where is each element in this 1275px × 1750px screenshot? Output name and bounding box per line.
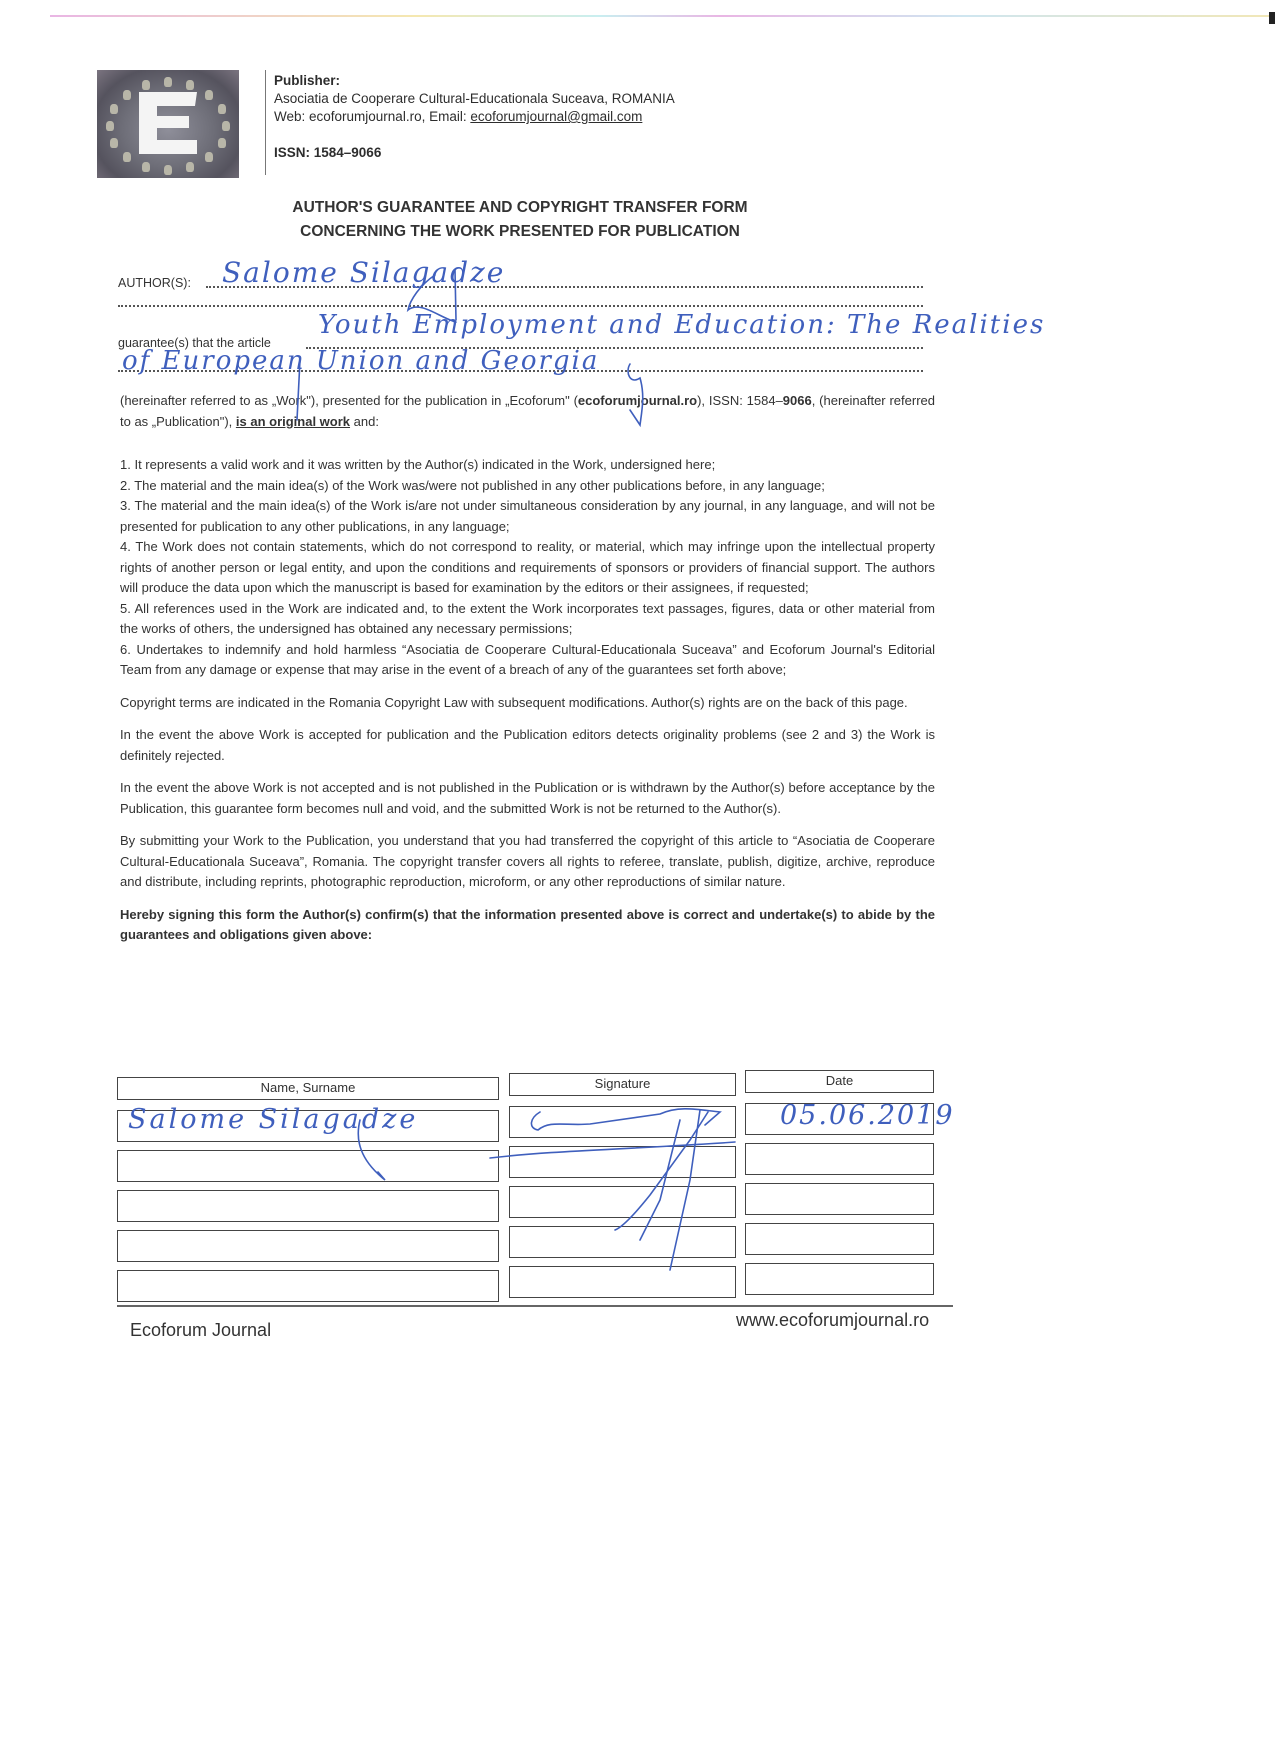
publisher-contacts: Web: ecoforumjournal.ro, Email: ecoforum…: [274, 108, 675, 126]
signature-cell-5[interactable]: [509, 1266, 736, 1298]
logo-e-icon: [135, 90, 201, 156]
web-text: Web: ecoforumjournal.ro, Email:: [274, 109, 470, 124]
signature-cell-4[interactable]: [509, 1226, 736, 1258]
name-cell-2[interactable]: [117, 1150, 499, 1182]
logo-seat-icon: [222, 121, 230, 131]
issn: ISSN: 1584–9066: [274, 144, 675, 162]
name-cell-3[interactable]: [117, 1190, 499, 1222]
guarantee-item: 5. All references used in the Work are i…: [120, 599, 935, 640]
date-cell-4[interactable]: [745, 1223, 934, 1255]
signature-cell-1[interactable]: [509, 1106, 736, 1138]
logo-seat-icon: [110, 138, 118, 148]
intro-issn-end: 9066: [783, 393, 812, 408]
title-line-1: AUTHOR'S GUARANTEE AND COPYRIGHT TRANSFE…: [200, 196, 840, 220]
logo-seat-icon: [218, 138, 226, 148]
header-name: Name, Surname: [117, 1077, 499, 1100]
intro-text-4: and:: [350, 414, 379, 429]
form-title: AUTHOR'S GUARANTEE AND COPYRIGHT TRANSFE…: [200, 196, 840, 244]
name-cell-5[interactable]: [117, 1270, 499, 1302]
guarantees-list: 1. It represents a valid work and it was…: [120, 455, 935, 946]
logo-seat-icon: [186, 80, 194, 90]
accepted-paragraph: In the event the above Work is accepted …: [120, 725, 935, 766]
copyright-paragraph: Copyright terms are indicated in the Rom…: [120, 693, 935, 714]
original-work-phrase: is an original work: [236, 414, 350, 429]
guarantee-item: 1. It represents a valid work and it was…: [120, 455, 935, 476]
intro-text-2: ), ISSN: 1584–: [697, 393, 783, 408]
date-cell-2[interactable]: [745, 1143, 934, 1175]
logo-seat-icon: [205, 152, 213, 162]
not-accepted-paragraph: In the event the above Work is not accep…: [120, 778, 935, 819]
header-divider: [265, 70, 266, 175]
footer-divider: [117, 1305, 953, 1307]
publisher-label: Publisher:: [274, 72, 675, 90]
logo-seat-icon: [142, 80, 150, 90]
footer-website[interactable]: www.ecoforumjournal.ro: [736, 1310, 929, 1331]
guarantee-item: 3. The material and the main idea(s) of …: [120, 496, 935, 537]
intro-paragraph: (hereinafter referred to as „Work"), pre…: [120, 391, 935, 432]
signature-cell-2[interactable]: [509, 1146, 736, 1178]
signature-cell-3[interactable]: [509, 1186, 736, 1218]
ecoforum-logo: [97, 70, 239, 178]
date-cell-3[interactable]: [745, 1183, 934, 1215]
article-title-handwritten-1[interactable]: Youth Employment and Education: The Real…: [318, 310, 1045, 340]
guarantee-item: 2. The material and the main idea(s) of …: [120, 476, 935, 497]
date-cell-5[interactable]: [745, 1263, 934, 1295]
logo-seat-icon: [205, 90, 213, 100]
scan-artifact-mark: [1269, 12, 1275, 24]
logo-seat-icon: [123, 152, 131, 162]
logo-seat-icon: [142, 162, 150, 172]
publisher-block: Publisher: Asociatia de Cooperare Cultur…: [274, 72, 675, 162]
logo-seat-icon: [123, 90, 131, 100]
guarantee-item: 6. Undertakes to indemnify and hold harm…: [120, 640, 935, 681]
logo-seat-icon: [106, 121, 114, 131]
header-signature: Signature: [509, 1073, 736, 1096]
confirm-paragraph: Hereby signing this form the Author(s) c…: [120, 905, 935, 946]
signer-name-handwritten: Salome Silagadze: [128, 1104, 418, 1135]
logo-seat-icon: [110, 104, 118, 114]
authors-handwritten[interactable]: Salome Silagadze: [222, 256, 505, 289]
article-title-handwritten-2[interactable]: of European Union and Georgia: [122, 346, 599, 376]
intro-site: ecoforumjournal.ro: [578, 393, 697, 408]
email-link[interactable]: ecoforumjournal@gmail.com: [470, 109, 642, 124]
scan-artifact-line: [50, 15, 1270, 17]
transfer-paragraph: By submitting your Work to the Publicati…: [120, 831, 935, 893]
authors-label: AUTHOR(S):: [118, 276, 191, 290]
header-date: Date: [745, 1070, 934, 1093]
logo-seat-icon: [164, 77, 172, 87]
publisher-name: Asociatia de Cooperare Cultural-Educatio…: [274, 90, 675, 108]
logo-seat-icon: [186, 162, 194, 172]
title-line-2: CONCERNING THE WORK PRESENTED FOR PUBLIC…: [200, 220, 840, 244]
name-cell-4[interactable]: [117, 1230, 499, 1262]
signed-date-handwritten: 05.06.2019: [780, 1100, 955, 1131]
logo-seat-icon: [164, 165, 172, 175]
footer-journal-name: Ecoforum Journal: [130, 1320, 271, 1341]
guarantee-item: 4. The Work does not contain statements,…: [120, 537, 935, 599]
authors-dotted-line-2: [118, 305, 923, 307]
logo-seat-icon: [218, 104, 226, 114]
intro-text-1: (hereinafter referred to as „Work"), pre…: [120, 393, 578, 408]
